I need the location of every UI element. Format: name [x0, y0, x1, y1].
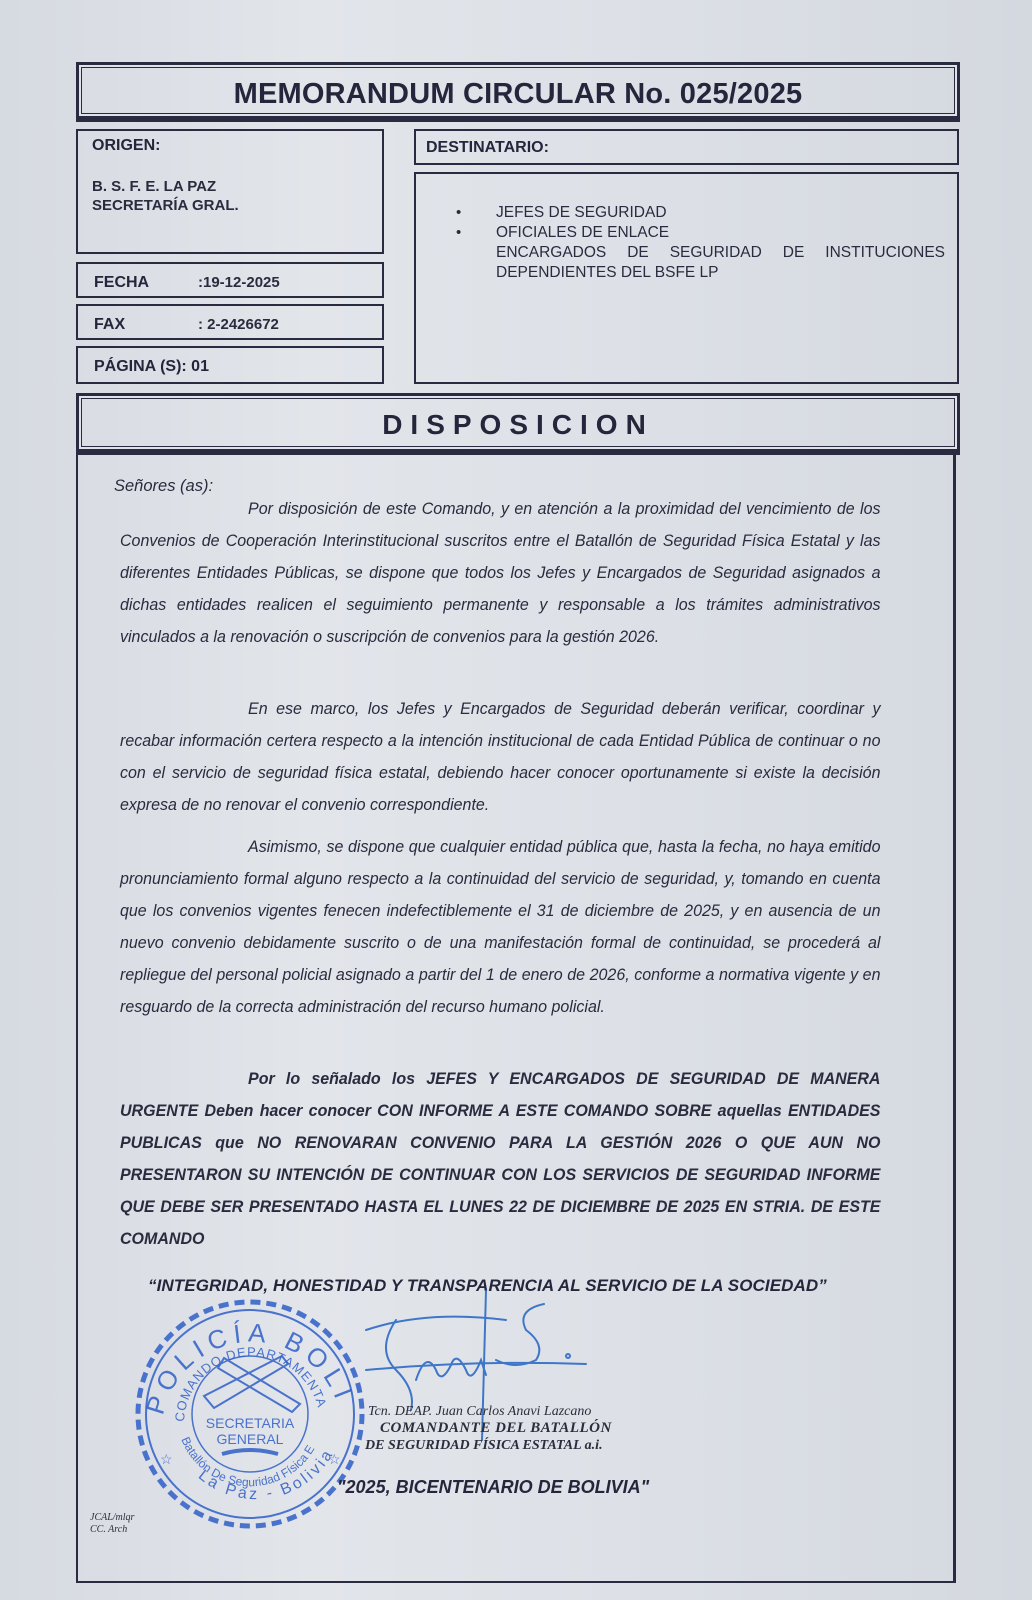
memorandum-title: MEMORANDUM CIRCULAR No. 025/2025 — [79, 78, 957, 111]
fecha-label: FECHA — [94, 274, 149, 292]
reference-initials: JCAL/mlqr — [90, 1512, 134, 1524]
svg-text:SECRETARIA: SECRETARIA — [206, 1415, 295, 1431]
paragraph-2: En ese marco, los Jefes y Encargados de … — [120, 693, 880, 821]
paragraph-3: Asimismo, se dispone que cualquier entid… — [120, 831, 880, 1023]
origen-line-1: B. S. F. E. LA PAZ — [92, 177, 239, 196]
destinatario-item: OFICIALES DE ENLACE — [456, 223, 945, 243]
fecha-value: :19-12-2025 — [198, 274, 280, 291]
signatory-name: Tcn. DEAP. Juan Carlos Anavi Lazcano — [368, 1404, 591, 1420]
memorandum-title-box: MEMORANDUM CIRCULAR No. 025/2025 — [76, 62, 960, 122]
origen-box: ORIGEN: B. S. F. E. LA PAZ SECRETARÍA GR… — [76, 129, 384, 254]
destinatario-list: JEFES DE SEGURIDAD OFICIALES DE ENLACE E… — [456, 203, 945, 283]
document-references: JCAL/mlqr CC. Arch — [90, 1512, 134, 1536]
paragraph-1: Por disposición de este Comando, y en at… — [120, 493, 880, 653]
pagina-box: PÁGINA (S): 01 — [76, 346, 384, 384]
destinatario-item: JEFES DE SEGURIDAD — [456, 203, 945, 223]
fax-label: FAX — [94, 316, 125, 334]
disposicion-title: DISPOSICION — [79, 409, 957, 441]
origen-label: ORIGEN: — [92, 137, 160, 155]
bicentenario-slogan: "2025, BICENTENARIO DE BOLIVIA" — [337, 1477, 649, 1498]
fecha-box: FECHA :19-12-2025 — [76, 262, 384, 298]
signatory-title-line-1: COMANDANTE DEL BATALLÓN — [380, 1420, 612, 1437]
reference-copy: CC. Arch — [90, 1524, 134, 1536]
disposicion-header: DISPOSICION — [76, 393, 960, 455]
destinatario-box: JEFES DE SEGURIDAD OFICIALES DE ENLACE E… — [414, 172, 959, 384]
destinatario-label: DESTINATARIO: — [426, 139, 549, 157]
fax-box: FAX : 2-2426672 — [76, 304, 384, 340]
svg-text:☆: ☆ — [328, 1451, 341, 1467]
destinatario-header: DESTINATARIO: — [414, 129, 959, 165]
svg-text:☆: ☆ — [160, 1451, 173, 1467]
svg-text:GENERAL: GENERAL — [217, 1431, 284, 1447]
destinatario-item: ENCARGADOS DE SEGURIDAD DE INSTITUCIONES… — [456, 243, 945, 283]
signatory-title-line-2: DE SEGURIDAD FÍSICA ESTATAL a.i. — [365, 1438, 603, 1454]
paragraph-4-urgent: Por lo señalado los JEFES Y ENCARGADOS D… — [120, 1063, 880, 1255]
police-stamp-icon: POLICÍA BOLIVIANA COMANDO DEPARTAMENTAL … — [132, 1296, 368, 1532]
origen-value: B. S. F. E. LA PAZ SECRETARÍA GRAL. — [92, 177, 239, 215]
fax-value: : 2-2426672 — [198, 316, 279, 333]
pagina-label: PÁGINA (S): 01 — [94, 358, 209, 376]
origen-line-2: SECRETARÍA GRAL. — [92, 196, 239, 215]
